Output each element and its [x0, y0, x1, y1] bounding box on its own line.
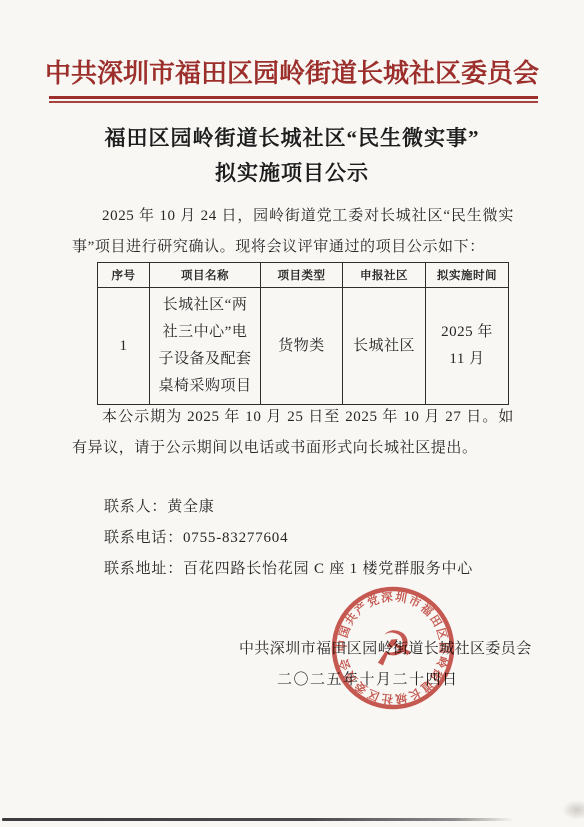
contact-person-line: 联系人：黄全康: [104, 492, 473, 523]
document-title-line1: 福田区园岭街道长城社区“民生微实事”: [0, 121, 584, 156]
cell-implement-time: 2025 年 11 月: [426, 288, 509, 405]
document-title-line2: 拟实施项目公示: [0, 156, 584, 191]
cell-community: 长城社区: [343, 288, 426, 405]
notice-paragraph: 本公示期为 2025 年 10 月 25 日至 2025 年 10 月 27 日…: [72, 402, 514, 464]
contact-phone-line: 联系电话：0755-83277604: [104, 523, 473, 554]
header-project-name: 项目名称: [150, 263, 261, 288]
official-seal-stamp: 中国共产党深圳市福田区园岭街道长城社区委员会 ☭: [322, 577, 465, 720]
document-title: 福田区园岭街道长城社区“民生微实事” 拟实施项目公示: [0, 121, 584, 191]
hammer-sickle-icon: ☭: [369, 619, 417, 678]
intro-paragraph: 2025 年 10 月 24 日，园岭街道党工委对长城社区“民生微实事”项目进行…: [72, 201, 514, 263]
projects-table: 序号 项目名称 项目类型 申报社区 拟实施时间 1 长城社区“两社三中心”电子设…: [97, 262, 509, 405]
contact-block: 联系人：黄全康 联系电话：0755-83277604 联系地址：百花四路长怡花园…: [104, 492, 473, 585]
scan-bottom-edge: [2, 818, 514, 821]
table-header-row: 序号 项目名称 项目类型 申报社区 拟实施时间: [98, 263, 509, 288]
cell-project-type: 货物类: [261, 288, 343, 405]
announcement-page: 中共深圳市福田区园岭街道长城社区委员会 福田区园岭街道长城社区“民生微实事” 拟…: [0, 0, 584, 827]
scan-corner-shade: [562, 800, 584, 820]
letterhead-title: 中共深圳市福田区园岭街道长城社区委员会: [0, 53, 584, 90]
letterhead-rule: [49, 96, 538, 103]
cell-seq: 1: [98, 288, 150, 405]
cell-project-name: 长城社区“两社三中心”电子设备及配套桌椅采购项目: [150, 288, 261, 405]
header-implement-time: 拟实施时间: [426, 263, 509, 288]
header-project-type: 项目类型: [261, 263, 343, 288]
header-seq: 序号: [98, 263, 150, 288]
table-row: 1 长城社区“两社三中心”电子设备及配套桌椅采购项目 货物类 长城社区 2025…: [98, 288, 509, 405]
header-community: 申报社区: [343, 263, 426, 288]
